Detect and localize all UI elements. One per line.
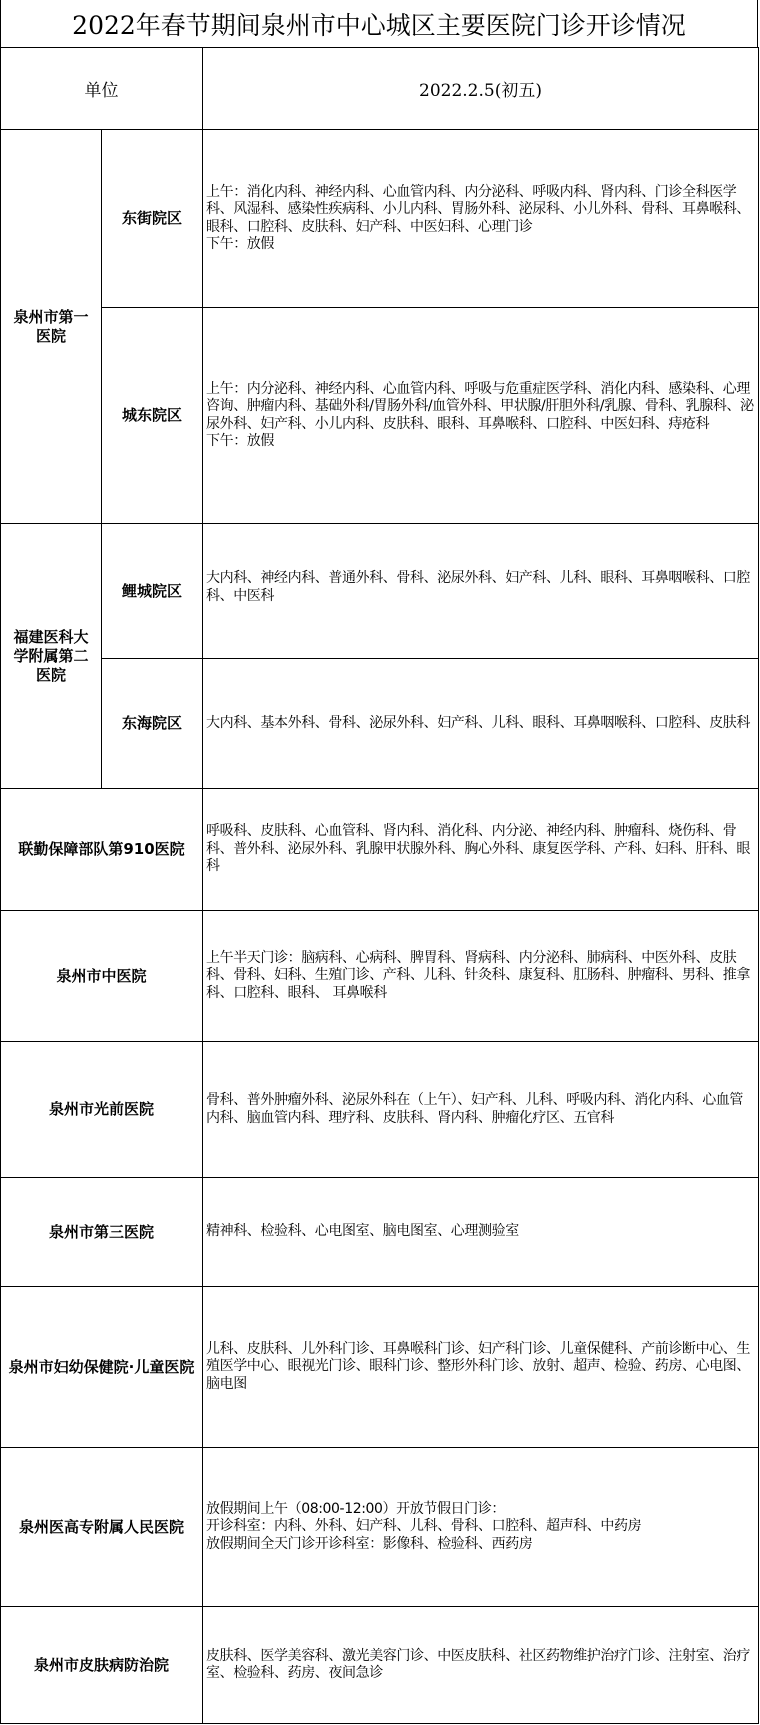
departments-cell: 大内科、神经内科、普通外科、骨科、泌尿外科、妇产科、儿科、眼科、耳鼻咽喉科、口腔… [202,523,759,659]
hospital-name: 泉州市第三医院 [43,1223,160,1242]
campus-name: 城东院区 [116,406,188,425]
departments-text: 上午：消化内科、神经内科、心血管内科、内分泌科、呼吸内科、肾内科、门诊全科医学科… [203,184,758,254]
departments-cell: 呼吸科、皮肤科、心血管科、肾内科、消化科、内分泌、神经内科、肿瘤科、烧伤科、骨科… [202,788,759,911]
campus-name: 鲤城院区 [116,582,188,601]
hospital-cell: 泉州市中医院 [0,910,203,1042]
departments-cell: 精神科、检验科、心电图室、脑电图室、心理测验室 [202,1177,759,1287]
header-unit-label: 单位 [85,76,119,101]
hospital-cell: 泉州医高专附属人民医院 [0,1447,203,1607]
page-title: 2022年春节期间泉州市中心城区主要医院门诊开诊情况 [0,0,758,47]
departments-cell: 骨科、普外肿瘤外科、泌尿外科在（上午）、妇产科、儿科、呼吸内科、消化内科、心血管… [202,1041,759,1178]
hospital-cell: 福建医科大学附属第二医院 [0,523,102,789]
header-date-label: 2022.2.5(初五) [419,76,542,101]
campus-cell: 鲤城院区 [101,523,203,659]
departments-cell: 上午：内分泌科、神经内科、心血管内科、呼吸与危重症医学科、消化内科、感染科、心理… [202,307,759,524]
hospital-name: 泉州市光前医院 [43,1100,160,1119]
departments-text: 皮肤科、医学美容科、激光美容门诊、中医皮肤科、社区药物维护治疗门诊、注射室、治疗… [203,1648,758,1683]
hospital-name: 福建医科大学附属第二医院 [1,628,101,685]
hospital-cell: 泉州市第三医院 [0,1177,203,1287]
departments-text: 上午：内分泌科、神经内科、心血管内科、呼吸与危重症医学科、消化内科、感染科、心理… [203,381,758,451]
hospital-name: 泉州市中医院 [50,967,152,986]
hospital-cell: 联勤保障部队第910医院 [0,788,203,911]
departments-cell: 儿科、皮肤科、儿外科门诊、耳鼻喉科门诊、妇产科门诊、儿童保健科、产前诊断中心、生… [202,1286,759,1448]
departments-text: 呼吸科、皮肤科、心血管科、肾内科、消化科、内分泌、神经内科、肿瘤科、烧伤科、骨科… [203,823,758,876]
departments-text: 放假期间上午（08:00-12:00）开放节假日门诊： 开诊科室：内科、外科、妇… [203,1501,644,1554]
hospital-name: 联勤保障部队第910医院 [12,840,190,859]
hospital-cell: 泉州市皮肤病防治院 [0,1606,203,1724]
hospital-cell: 泉州市光前医院 [0,1041,203,1178]
departments-text: 大内科、基本外科、骨科、泌尿外科、妇产科、儿科、眼科、耳鼻咽喉科、口腔科、皮肤科 [203,715,753,733]
hospital-name: 泉州市第一医院 [1,308,101,346]
campus-cell: 东街院区 [101,129,203,308]
departments-text: 骨科、普外肿瘤外科、泌尿外科在（上午）、妇产科、儿科、呼吸内科、消化内科、心血管… [203,1092,758,1127]
departments-text: 大内科、神经内科、普通外科、骨科、泌尿外科、妇产科、儿科、眼科、耳鼻咽喉科、口腔… [203,570,758,605]
departments-cell: 皮肤科、医学美容科、激光美容门诊、中医皮肤科、社区药物维护治疗门诊、注射室、治疗… [202,1606,759,1724]
hospital-name: 泉州市皮肤病防治院 [28,1656,175,1675]
header-unit: 单位 [0,47,203,130]
departments-text: 儿科、皮肤科、儿外科门诊、耳鼻喉科门诊、妇产科门诊、儿童保健科、产前诊断中心、生… [203,1341,758,1394]
hospital-cell: 泉州市妇幼保健院·儿童医院 [0,1286,203,1448]
departments-cell: 放假期间上午（08:00-12:00）开放节假日门诊： 开诊科室：内科、外科、妇… [202,1447,759,1607]
campus-cell: 城东院区 [101,307,203,524]
hospital-name: 泉州市妇幼保健院·儿童医院 [3,1358,201,1377]
hospital-cell: 泉州市第一医院 [0,129,102,524]
campus-name: 东街院区 [116,209,188,228]
hospital-name: 泉州医高专附属人民医院 [13,1518,190,1537]
campus-cell: 东海院区 [101,658,203,789]
departments-text: 精神科、检验科、心电图室、脑电图室、心理测验室 [203,1223,522,1241]
departments-cell: 上午半天门诊：脑病科、心病科、脾胃科、肾病科、内分泌科、肺病科、中医外科、皮肤科… [202,910,759,1042]
departments-cell: 上午：消化内科、神经内科、心血管内科、内分泌科、呼吸内科、肾内科、门诊全科医学科… [202,129,759,308]
header-date: 2022.2.5(初五) [202,47,759,130]
departments-cell: 大内科、基本外科、骨科、泌尿外科、妇产科、儿科、眼科、耳鼻咽喉科、口腔科、皮肤科 [202,658,759,789]
campus-name: 东海院区 [116,714,188,733]
departments-text: 上午半天门诊：脑病科、心病科、脾胃科、肾病科、内分泌科、肺病科、中医外科、皮肤科… [203,950,758,1003]
